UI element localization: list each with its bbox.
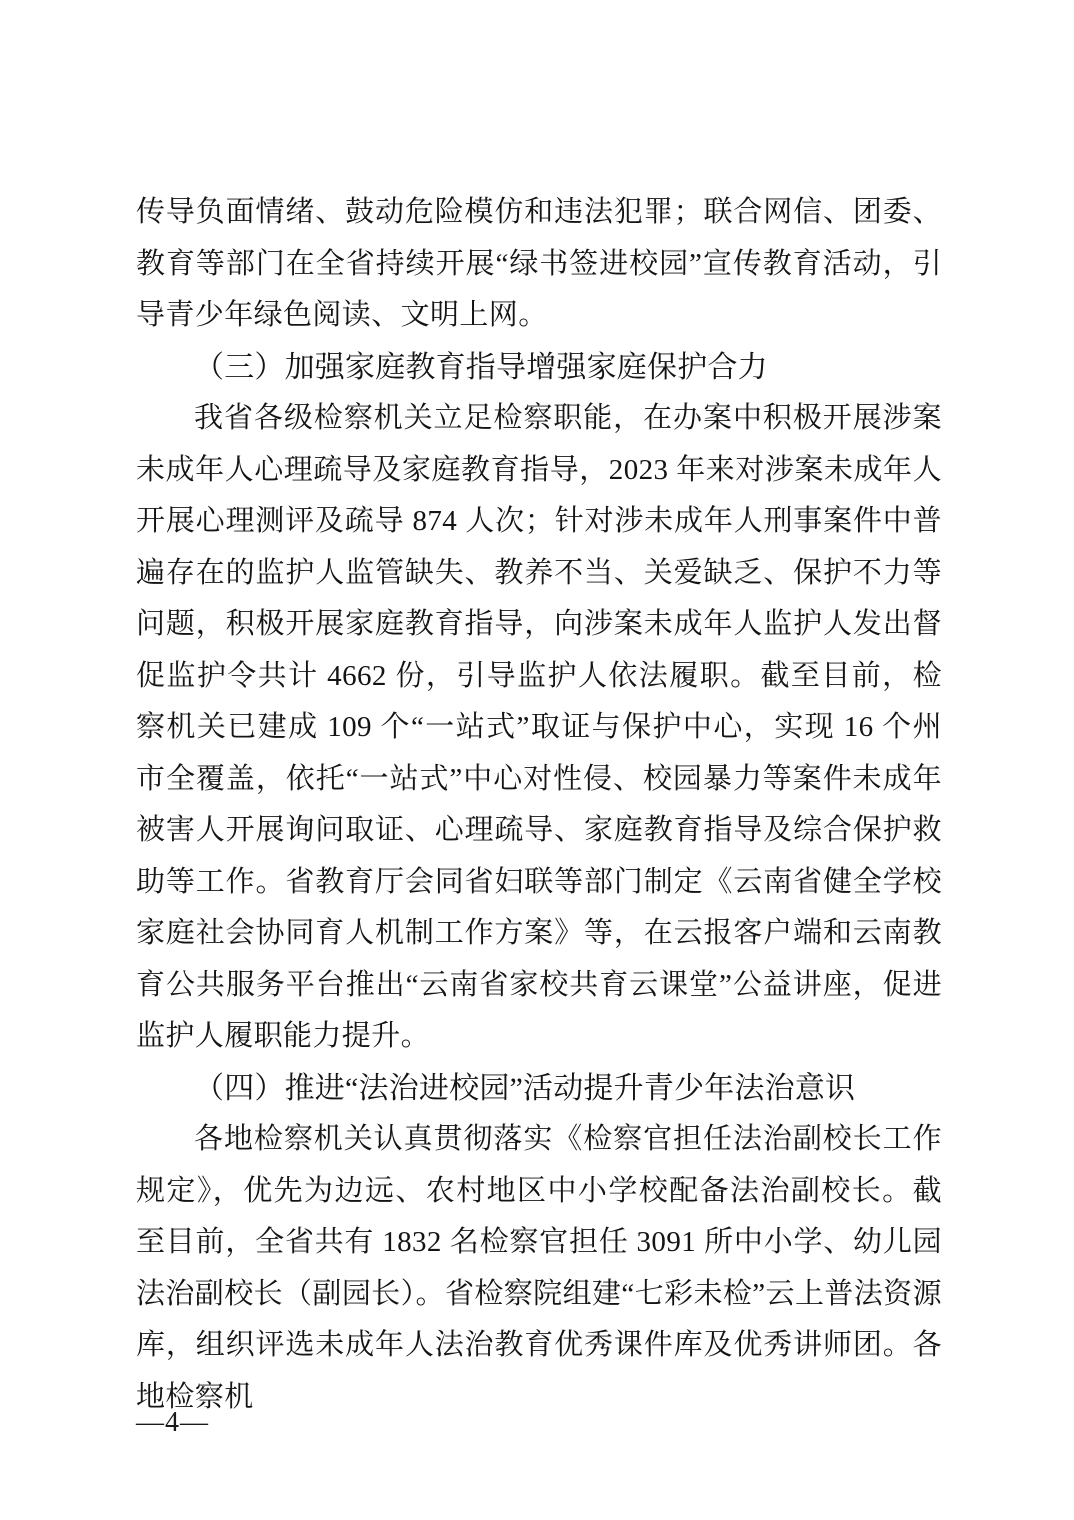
section-heading-family-education: （三）加强家庭教育指导增强家庭保护合力 bbox=[136, 342, 942, 394]
paragraph-legal-vice-principal: 各地检察机关认真贯彻落实《检察官担任法治副校长工作规定》，优先为边远、农村地区中… bbox=[136, 1114, 942, 1423]
document-page: 传导负面情绪、鼓动危险模仿和违法犯罪；联合网信、团委、教育等部门在全省持续开展“… bbox=[0, 0, 1074, 1520]
paragraph-green-bookmark-campaign: 传导负面情绪、鼓动危险模仿和违法犯罪；联合网信、团委、教育等部门在全省持续开展“… bbox=[136, 187, 942, 342]
document-text-block: 传导负面情绪、鼓动危险模仿和违法犯罪；联合网信、团委、教育等部门在全省持续开展“… bbox=[136, 187, 942, 1423]
section-heading-law-into-campus: （四）推进“法治进校园”活动提升青少年法治意识 bbox=[136, 1063, 942, 1115]
paragraph-family-education-guidance: 我省各级检察机关立足检察职能，在办案中积极开展涉案未成年人心理疏导及家庭教育指导… bbox=[136, 393, 942, 1063]
page-number: —4— bbox=[136, 1405, 209, 1441]
